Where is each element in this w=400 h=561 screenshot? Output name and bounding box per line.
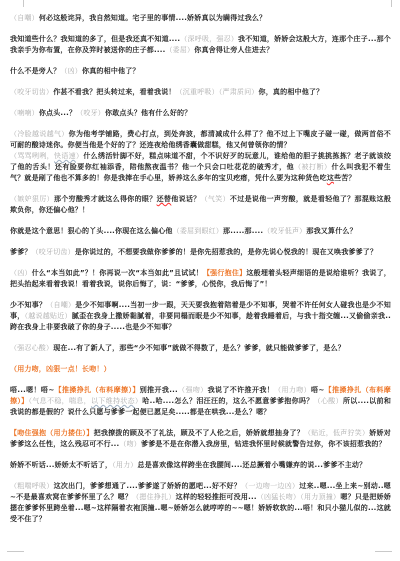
stage-note: （咬牙） xyxy=(76,109,105,117)
paragraph: 少不知事？（自嘲）是少不知事啊....当初一步一跟，天天要我抱着陪着是少不知事，… xyxy=(10,300,391,333)
dialogue-text: 你真的相中他了？ xyxy=(82,67,140,75)
paragraph: 什么不是旁人？（凶）你真的相中他了？ xyxy=(10,66,391,77)
stage-note: 以下维持状态 xyxy=(91,397,135,405)
stage-note: （凶） xyxy=(10,269,32,277)
stage-note: （一边吻一边凶） xyxy=(241,482,299,490)
stage-note: （气息不稳，喘息， xyxy=(29,397,91,405)
dialogue-text: 总是喜欢像这样跨坐在我腰间....还总撅着小嘴嫌弃的说...爹爹不主动？ xyxy=(138,461,367,469)
dialogue-text: 娇娇不听话...娇娇太不听话了， xyxy=(10,461,112,469)
dialogue-text: 何必这般诧异，我自然知道。宅子里的事情....娇娇真以为瞒得过我么？ xyxy=(39,14,266,22)
paragraph: （骂骂咧咧，快语速）什么绣活针脚不好，糕点味道不甜，个不识好歹的玩意儿，谁给他的… xyxy=(10,151,391,184)
stage-note: （用力） xyxy=(112,461,137,469)
stage-note: （粗喘呼吸） xyxy=(10,482,54,490)
paragraph: 你就是这个意思！狠心的丫头....你现在这么偏心他（委屈到眼红）那.....那.… xyxy=(10,226,391,237)
margin-crop-mark-top-left xyxy=(23,0,24,7)
paragraph: 爹爹？（咬牙切齿）是你说过的，不想要我做你爹爹的！是你先招惹我的，是你先说心悦我… xyxy=(10,247,391,258)
dialogue-text: 些苦？ xyxy=(334,174,356,182)
paragraph: （凶）什么“本当如此”？！你再说一次“本当如此”且试试！【强行抱住】这般埋着头轻… xyxy=(10,268,391,290)
dialogue-text: 我说了不许推开我！ xyxy=(208,386,274,394)
dialogue-text: 你敢点头？他有什么好的？ xyxy=(105,109,191,117)
paragraph: （强忍心酸）现在...有了新人了，那些“少不知事”就做不得数了，是么？爹爹，就只… xyxy=(10,343,391,354)
dialogue-text: 把我撩拨的顾及不了礼法，顾及不了人伦之后，娇娇就想抽身了？ xyxy=(94,429,304,437)
dialogue-text: 现在...有了新人了，那些“少不知事”就做不得数了，是么？爹爹，就只能做爹爹了，… xyxy=(53,344,345,352)
paragraph: 我知道些什么？我知道的多了，但是我还真不知道....（深呼吸，强忍）我不知道，娇… xyxy=(10,34,391,56)
dialogue-text: 爹爹是不是在你潜入我房里，钻进我怀里时候就警告过你，你不该招惹我的？ xyxy=(141,440,386,448)
stage-note: （骂骂咧咧， xyxy=(10,152,54,160)
action-cue: 【强行抱住】 xyxy=(203,269,246,277)
stage-note: （用力吻） xyxy=(274,386,311,394)
stage-note: （咬牙切齿） xyxy=(32,248,75,256)
script-document-page: （自嘲）何必这般诧异，我自然知道。宅子里的事情....娇娇真以为瞒得过我么？我知… xyxy=(0,0,400,561)
paragraph: （咬牙切齿）作甚不看我？把头转过来，看着我说！（沉重呼吸）（严肃质问）你，真的相… xyxy=(10,87,391,98)
dialogue-text: 什么不是旁人？ xyxy=(10,67,60,75)
dialogue-text: 唔~ xyxy=(311,386,324,394)
dialogue-text: 你，真的相中他了？ xyxy=(259,88,324,96)
dialogue-text: 那.....那.... xyxy=(223,227,263,235)
dialogue-text: 是你说过的，不想要我做你爹爹的！是你先招惹我的，是你先说心悦我的！现在又唤我爹爹… xyxy=(75,248,377,256)
stage-note: （强忍心酸） xyxy=(10,344,53,352)
stage-note: （自嘲） xyxy=(10,14,39,22)
stage-note: （摁住挣扎） xyxy=(132,493,176,501)
margin-crop-mark-top-right xyxy=(391,0,392,7)
dialogue-text: 哈..哈....怎么？泪汪汪的，这么不愿意爹爹抱你吗？ xyxy=(142,397,313,405)
stage-note: （凶猛长吻）（用力顶撞） xyxy=(257,493,341,501)
stage-note: 快语速 xyxy=(54,152,76,160)
dialogue-text: 他说话？ xyxy=(171,195,200,203)
paragraph: 唔...嗯！唔~【推搡挣扎（布料摩擦）】别推开我...（强吻）我说了不许推开我！… xyxy=(10,385,391,418)
stage-note: （强吻） xyxy=(178,386,208,394)
document-text-area: （自嘲）何必这般诧异，我自然知道。宅子里的事情....娇娇真以为瞒得过我么？我知… xyxy=(10,13,391,535)
dialogue-text: 那个穷酸秀才就这么得你的眼？ xyxy=(54,195,157,203)
stage-note: （吻） xyxy=(119,440,141,448)
dialogue-text: 还替 xyxy=(157,195,172,203)
action-cue: 【推搡挣扎（布料摩擦）】 xyxy=(54,386,139,394)
stage-note: （凶） xyxy=(60,67,82,75)
dialogue-text: 别推开我... xyxy=(140,386,178,394)
stage-note: （被打断） xyxy=(294,163,331,171)
stage-note: （委屈到眼红） xyxy=(173,227,223,235)
paragraph: 【吻住强抱（用力搂住）】把我撩拨的顾及不了礼法，顾及不了人伦之后，娇娇就想抽身了… xyxy=(10,428,391,450)
action-cue: 【吻住强抱（用力搂住）】 xyxy=(10,429,94,437)
dialogue-text: 你就是这个意思！狠心的丫头....你现在这么偏心他 xyxy=(10,227,173,235)
paragraph: 娇娇不听话...娇娇太不听话了，（用力）总是喜欢像这样跨坐在我腰间....还总撅… xyxy=(10,460,391,471)
stage-note: （心酸） xyxy=(314,397,343,405)
stage-note: （冷脸越说越气） xyxy=(10,130,69,138)
paragraph: （粗喘呼吸）这次出门，爹爹想通了....爹爹遂了娇娇的愿吧...好不好？（一边吻… xyxy=(10,481,391,525)
stage-note: （贴近，低声狞笑） xyxy=(304,429,369,437)
stage-note: （嫉妒狠厉） xyxy=(10,195,54,203)
dialogue-text: 这次出门，爹爹想通了....爹爹遂了娇娇的愿吧...好不好？ xyxy=(54,482,241,490)
paragraph: （喃喃）你点头...？（咬牙）你敢点头？他有什么好的？ xyxy=(10,108,391,119)
margin-crop-mark-bottom-left xyxy=(7,551,24,552)
stage-note: （自嘲） xyxy=(46,301,75,309)
dialogue-text: 少不知事？ xyxy=(10,301,46,309)
dialogue-text: 你真舍得让旁人住进去？ xyxy=(194,46,273,54)
dialogue-text: 爹爹？ xyxy=(10,248,32,256)
dialogue-text: 这 xyxy=(327,174,334,182)
action-cue: （用力吻，凶狠一点！长吻！） xyxy=(10,365,111,373)
paragraph: （冷脸越说越气）你为他考学铺路，费心打点，到处奔波，都清减成什么样了？他不过上下… xyxy=(10,129,391,151)
dialogue-text: 那我又算什么？ xyxy=(306,227,356,235)
dialogue-text: 作甚不看我？把头转过来，看着我说！ xyxy=(53,88,175,96)
stage-note: （咬牙切齿） xyxy=(10,88,53,96)
stage-note: （越说越贴近） xyxy=(25,312,72,320)
dialogue-text: 这样的轻轻推拒可没用... xyxy=(176,493,257,501)
dialogue-text: 唔...嗯！唔~ xyxy=(10,386,54,394)
paragraph: （嫉妒狠厉）那个穷酸秀才就这么得你的眼？还替他说话？（气笑）不过是说他一声穷酸，… xyxy=(10,194,391,216)
stage-note: （沉重呼吸）（严肃质问） xyxy=(176,88,259,96)
dialogue-text: 什么“本当如此”？！你再说一次“本当如此”且试试！ xyxy=(32,269,203,277)
stage-note: （委屈） xyxy=(165,46,194,54)
stage-note: （深呼吸，强忍） xyxy=(180,35,238,43)
stage-note: （咬牙低声） xyxy=(263,227,306,235)
paragraph: （用力吻，凶狠一点！长吻！） xyxy=(10,364,391,375)
dialogue-text: 你点头...？ xyxy=(39,109,76,117)
stage-note: （气笑） xyxy=(201,195,230,203)
paragraph: （自嘲）何必这般诧异，我自然知道。宅子里的事情....娇娇真以为瞒得过我么？ xyxy=(10,13,391,24)
dialogue-text: 我知道些什么？我知道的多了，但是我还真不知道.... xyxy=(10,35,180,43)
stage-note: （喃喃） xyxy=(10,109,39,117)
margin-crop-mark-bottom-right xyxy=(375,551,392,552)
